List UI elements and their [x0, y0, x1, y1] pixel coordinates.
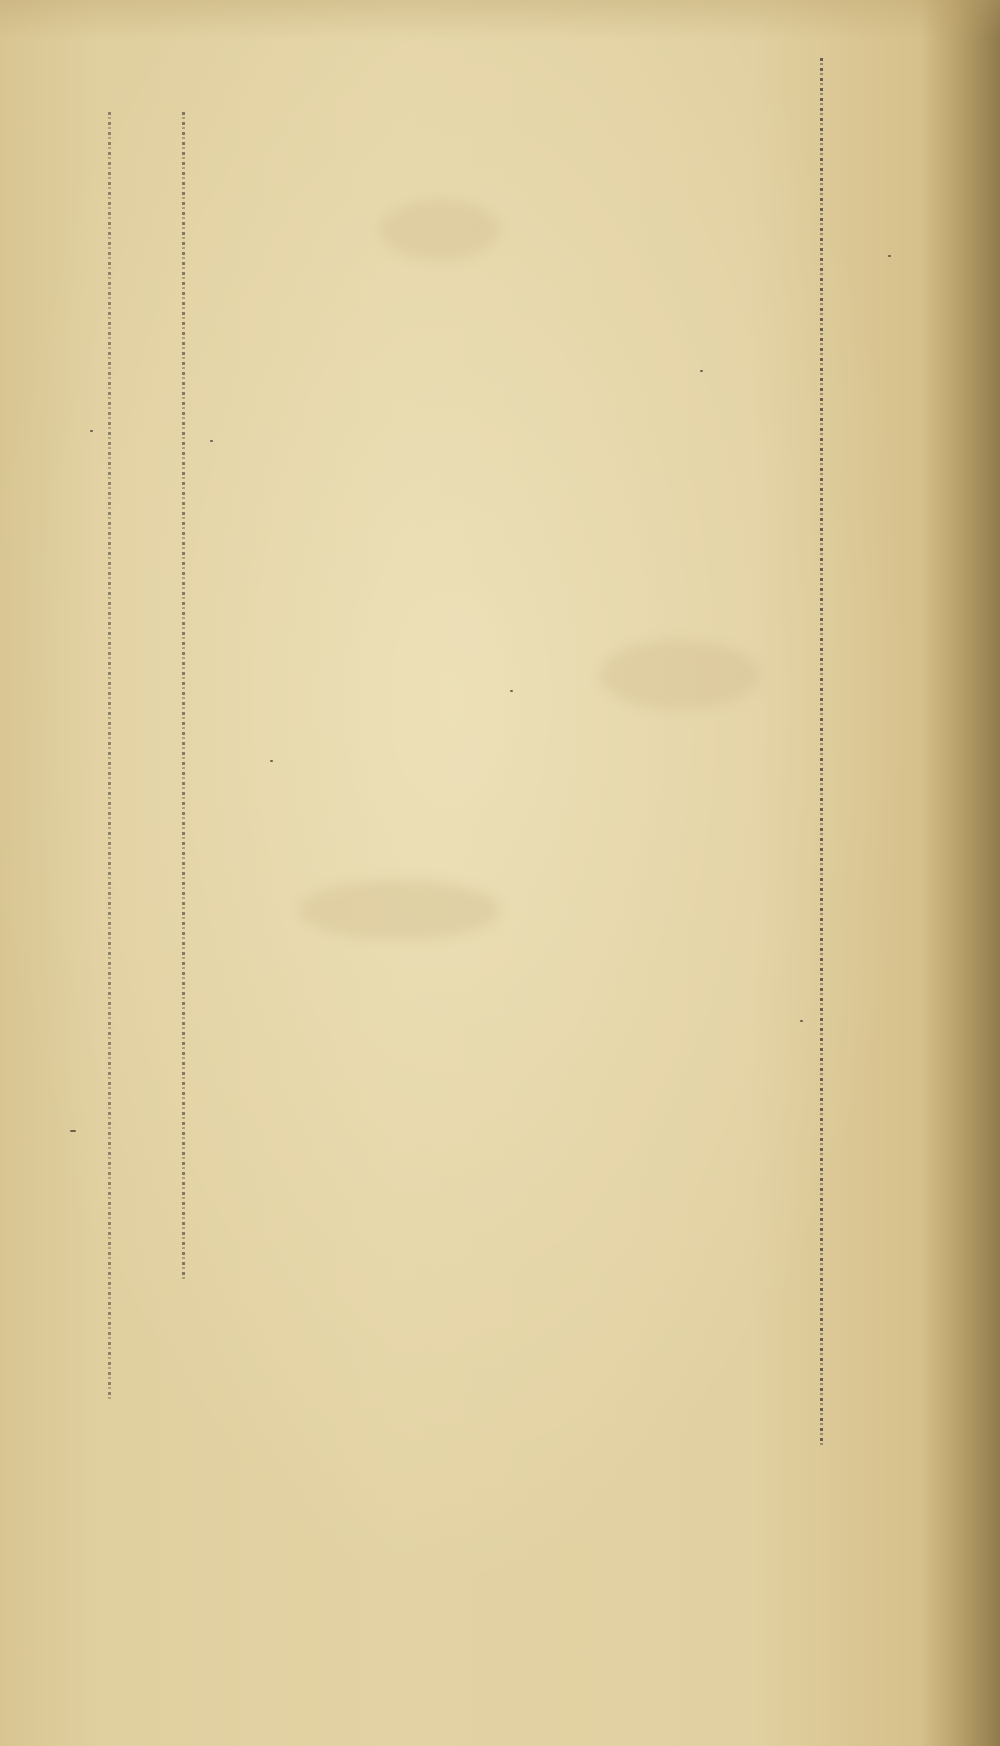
page-top-shadow [0, 0, 1000, 40]
scanned-page [0, 0, 1000, 1746]
bleed-through-text-column-middle [182, 112, 185, 1282]
bleed-through-text-column-right [820, 58, 823, 1448]
dust-speck [510, 690, 513, 692]
paper-blemish [300, 880, 500, 940]
dust-speck [90, 430, 93, 432]
dust-speck [210, 440, 213, 442]
dust-speck [70, 1130, 76, 1132]
bleed-through-text-column-left [108, 112, 111, 1402]
dust-speck [700, 370, 703, 372]
dust-speck [270, 760, 273, 762]
dust-speck [800, 1020, 803, 1022]
dust-speck [888, 255, 891, 257]
paper-blemish [380, 200, 500, 260]
paper-blemish [600, 640, 760, 710]
